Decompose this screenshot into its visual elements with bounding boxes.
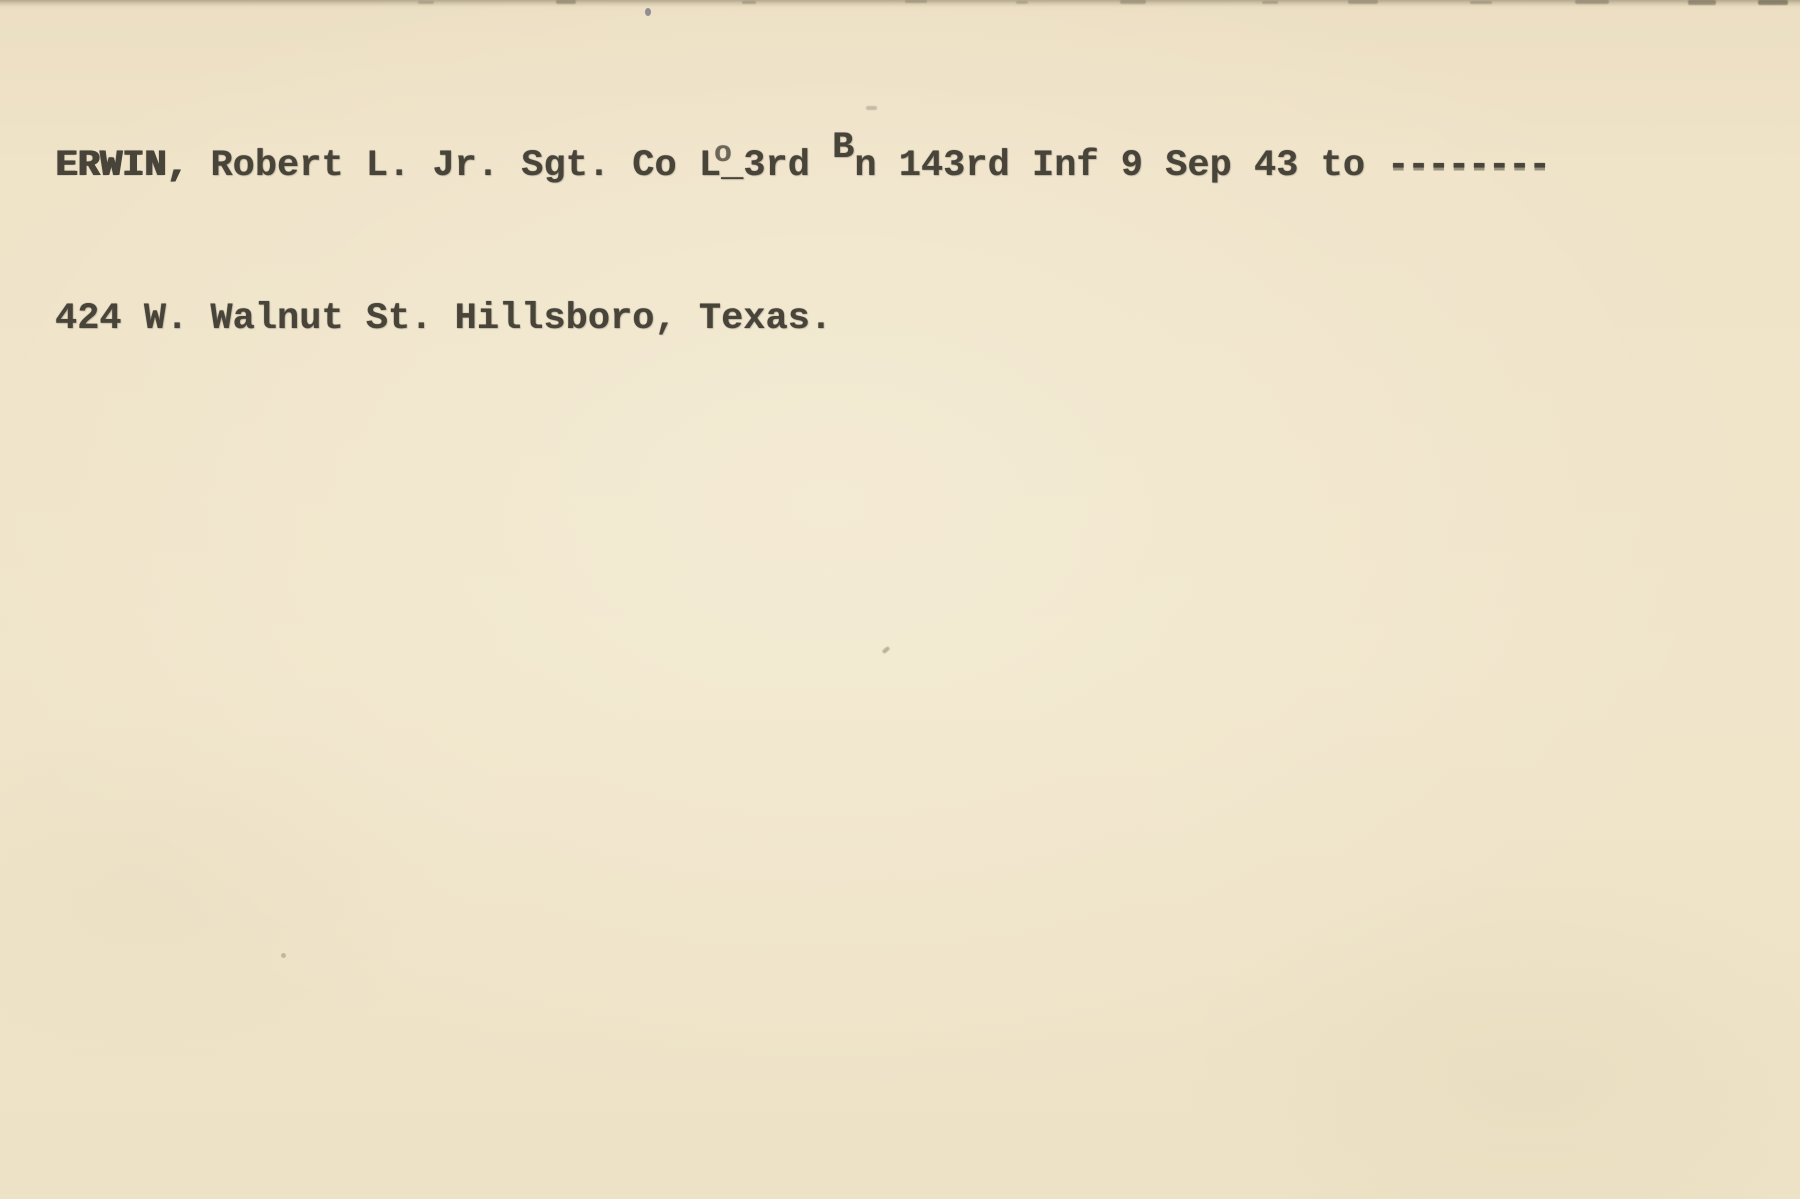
soldier-surname: ERWIN, <box>55 145 188 187</box>
paper-speck <box>882 646 891 654</box>
scan-fragment <box>1688 0 1716 5</box>
index-card: ERWIN, Robert L. Jr. Sgt. Co L_3rd Bn 14… <box>0 0 1800 1199</box>
service-details: Robert L. Jr. Sgt. Co L_3rd <box>188 145 832 187</box>
address-line: 424 W. Walnut St. Hillsboro, Texas. <box>55 294 1549 345</box>
redaction-dashes: -------- <box>1387 145 1549 187</box>
service-record-line: ERWIN, Robert L. Jr. Sgt. Co L_3rd Bn 14… <box>55 141 1549 192</box>
typed-text-block: ERWIN, Robert L. Jr. Sgt. Co L_3rd Bn 14… <box>55 39 1549 447</box>
scan-fragment <box>1470 1 1492 4</box>
scan-fragment <box>1758 0 1788 5</box>
scan-fragment <box>418 1 434 4</box>
scan-fragment <box>742 1 756 4</box>
scan-fragment <box>1348 0 1378 4</box>
battalion-superscript-b: B <box>832 123 854 174</box>
scan-fragment <box>1262 1 1278 4</box>
scan-fragment <box>1575 0 1609 4</box>
scan-fragment <box>556 0 576 4</box>
ink-dot-speck <box>645 8 651 16</box>
scan-fragment <box>1016 1 1028 4</box>
service-details-tail: n 143rd Inf 9 Sep 43 to <box>854 145 1387 187</box>
stray-typed-mark: o <box>714 137 732 171</box>
scan-fragment <box>905 0 927 3</box>
paper-speck <box>281 953 286 958</box>
scan-fragment <box>1120 0 1146 4</box>
scan-edge-artifact <box>0 0 1800 7</box>
